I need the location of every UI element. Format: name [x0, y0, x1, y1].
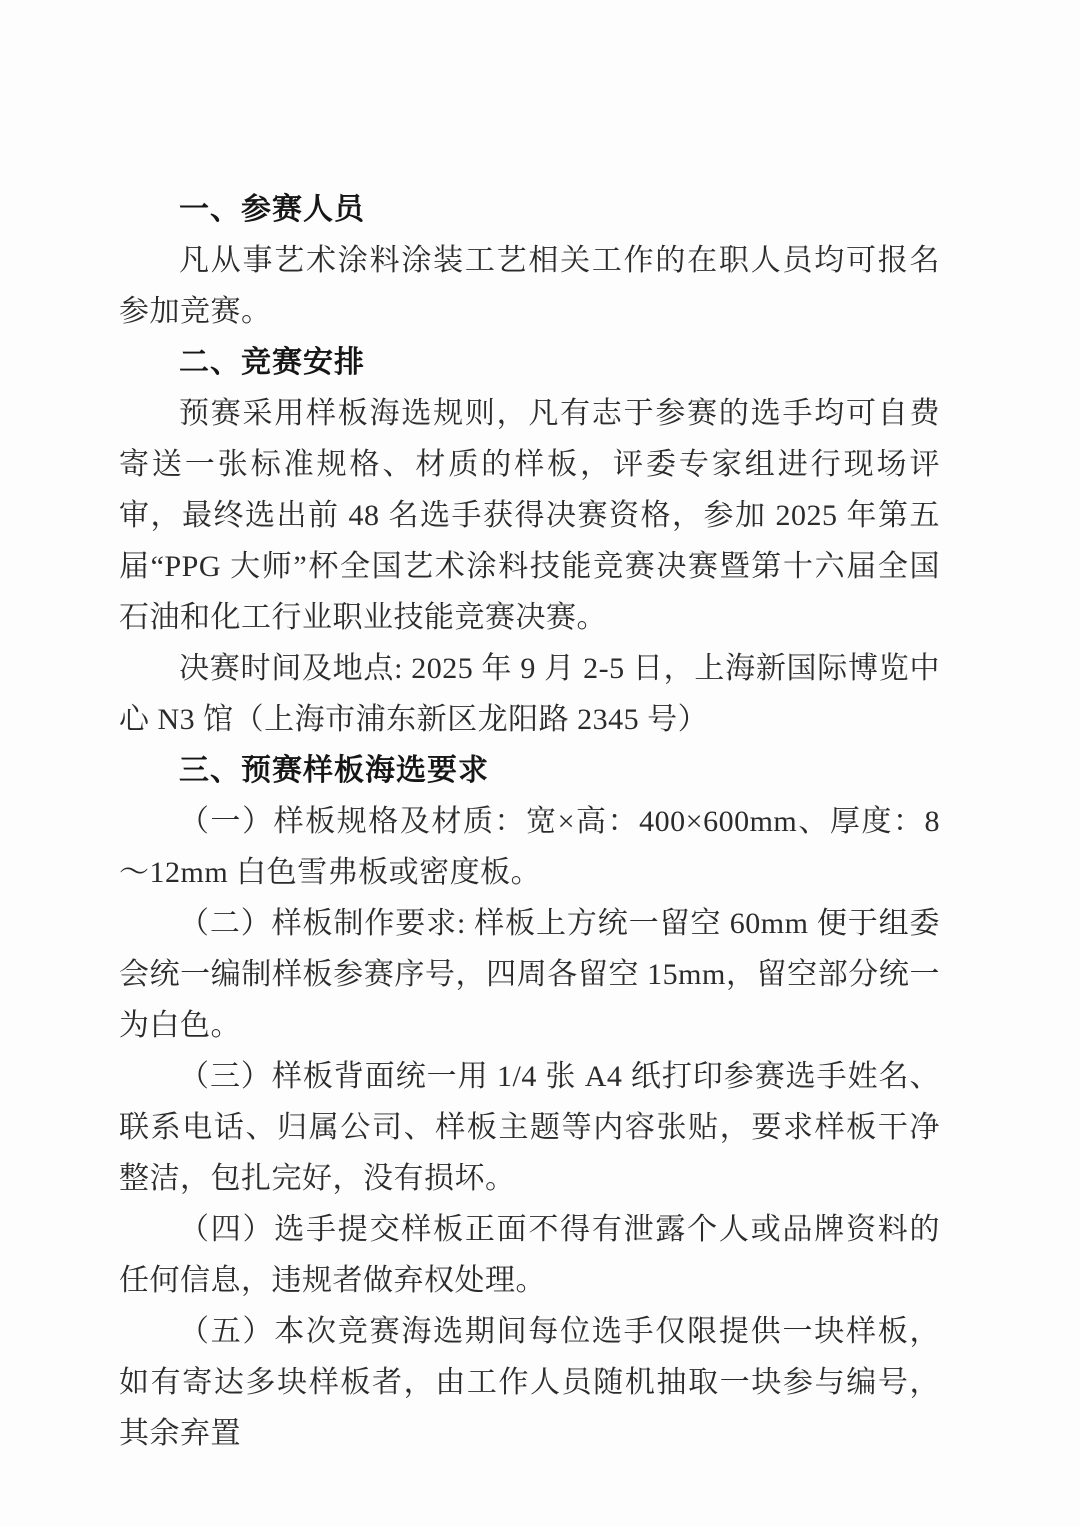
body-paragraph: 预赛采用样板海选规则，凡有志于参赛的选手均可自费寄送一张标准规格、材质的样板，评…	[119, 388, 940, 643]
section-heading: 二、竞赛安排	[119, 337, 940, 388]
body-paragraph: （二）样板制作要求: 样板上方统一留空 60mm 便于组委会统一编制样板参赛序号…	[119, 898, 940, 1051]
section-heading: 一、参赛人员	[119, 184, 940, 235]
document-body: 一、参赛人员凡从事艺术涂料涂装工艺相关工作的在职人员均可报名参加竞赛。二、竞赛安…	[119, 184, 940, 1459]
body-paragraph: 决赛时间及地点: 2025 年 9 月 2-5 日，上海新国际博览中心 N3 馆…	[119, 643, 940, 745]
section-heading: 三、预赛样板海选要求	[119, 745, 940, 796]
document-page: 一、参赛人员凡从事艺术涂料涂装工艺相关工作的在职人员均可报名参加竞赛。二、竞赛安…	[0, 0, 1080, 1527]
body-paragraph: （五）本次竞赛海选期间每位选手仅限提供一块样板，如有寄达多块样板者，由工作人员随…	[119, 1306, 940, 1459]
body-paragraph: （一）样板规格及材质：宽×高：400×600mm、厚度：8～12mm 白色雪弗板…	[119, 796, 940, 898]
body-paragraph: 凡从事艺术涂料涂装工艺相关工作的在职人员均可报名参加竞赛。	[119, 235, 940, 337]
body-paragraph: （四）选手提交样板正面不得有泄露个人或品牌资料的任何信息，违规者做弃权处理。	[119, 1204, 940, 1306]
body-paragraph: （三）样板背面统一用 1/4 张 A4 纸打印参赛选手姓名、联系电话、归属公司、…	[119, 1051, 940, 1204]
